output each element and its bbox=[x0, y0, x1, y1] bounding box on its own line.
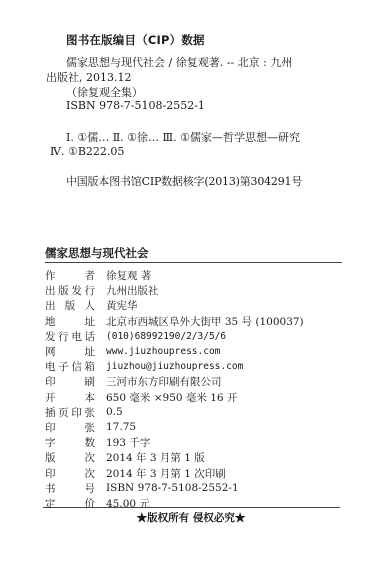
colophon-row: 印刷三河市东方印刷有限公司 bbox=[45, 374, 345, 389]
colophon-row-value: 九州出版社 bbox=[106, 283, 159, 298]
colophon-row-label: 印张 bbox=[45, 420, 95, 435]
label-char: 电 bbox=[45, 359, 56, 374]
colophon-row-label: 出版发行 bbox=[45, 283, 95, 298]
label-char: 张 bbox=[84, 405, 95, 420]
cip-publisher-line: 出版社, 2013.12 bbox=[46, 69, 131, 85]
label-char: 版 bbox=[65, 298, 76, 313]
colophon-row-value: 2014 年 3 月第 1 版 bbox=[106, 450, 205, 465]
bottom-divider bbox=[43, 507, 340, 508]
colophon-row-label: 印次 bbox=[45, 466, 95, 481]
colophon-row: 发行电话(010)68992190/2/3/5/6 bbox=[45, 329, 345, 344]
colophon-row-label: 作者 bbox=[45, 268, 95, 283]
label-char: 发 bbox=[45, 329, 56, 344]
colophon-row: 字数193 千字 bbox=[45, 435, 345, 450]
colophon-row-label: 印刷 bbox=[45, 374, 95, 389]
label-char: 电 bbox=[71, 329, 82, 344]
label-char: 印 bbox=[45, 374, 56, 389]
colophon-row-value: 徐复观 著 bbox=[106, 268, 151, 283]
label-char: 次 bbox=[85, 450, 96, 465]
label-char: 刷 bbox=[85, 374, 96, 389]
label-char: 版 bbox=[58, 283, 69, 298]
colophon-row-label: 定价 bbox=[45, 496, 95, 511]
colophon-row-value: 2014 年 3 月第 1 次印刷 bbox=[106, 466, 226, 481]
label-char: 字 bbox=[45, 435, 56, 450]
colophon-row-value: www.jiuzhoupress.com bbox=[106, 346, 220, 357]
colophon-row-value: ISBN 978-7-5108-2552-1 bbox=[106, 482, 239, 494]
colophon-row: 版次2014 年 3 月第 1 版 bbox=[45, 450, 345, 465]
cip-title-line: 儒家思想与现代社会 / 徐复观著. -- 北京 : 九州 bbox=[66, 54, 292, 70]
label-char: 出 bbox=[45, 283, 56, 298]
label-char: 作 bbox=[45, 268, 56, 283]
colophon-row: 印张17.75 bbox=[45, 420, 345, 435]
colophon-row-label: 电子信箱 bbox=[45, 359, 95, 374]
label-char: 址 bbox=[85, 314, 96, 329]
colophon-row-value: 650 毫米 ×950 毫米 16 开 bbox=[106, 390, 237, 405]
label-char: 开 bbox=[45, 390, 56, 405]
colophon-row: 书号ISBN 978-7-5108-2552-1 bbox=[45, 481, 345, 496]
colophon-row-value: 北京市西城区阜外大街甲 35 号 (100037) bbox=[106, 314, 304, 329]
copyright-notice: ★版权所有 侵权必究★ bbox=[0, 510, 375, 525]
label-char: 号 bbox=[85, 481, 96, 496]
colophon-row-value: jiuzhou@jiuzhoupress.com bbox=[106, 361, 243, 372]
colophon-row: 作者徐复观 著 bbox=[45, 268, 345, 283]
colophon-row: 网址www.jiuzhoupress.com bbox=[45, 344, 345, 359]
label-char: 价 bbox=[85, 496, 96, 511]
label-char: 插 bbox=[45, 405, 56, 420]
label-char: 张 bbox=[85, 420, 96, 435]
colophon-row-value: 193 千字 bbox=[106, 435, 150, 450]
colophon-row: 地址北京市西城区阜外大街甲 35 号 (100037) bbox=[45, 314, 345, 329]
colophon-row-label: 地址 bbox=[45, 314, 95, 329]
label-char: 印 bbox=[45, 466, 56, 481]
colophon-row: 插页印张0.5 bbox=[45, 405, 345, 420]
label-char: 出 bbox=[45, 298, 56, 313]
cip-series: （徐复观全集） bbox=[66, 84, 143, 100]
colophon-row: 定价45.00 元 bbox=[45, 496, 345, 511]
label-char: 版 bbox=[45, 450, 56, 465]
colophon-row-label: 网址 bbox=[45, 344, 95, 359]
colophon-row-value: 三河市东方印刷有限公司 bbox=[106, 374, 222, 389]
label-char: 行 bbox=[58, 329, 69, 344]
colophon-row-label: 书号 bbox=[45, 481, 95, 496]
label-char: 箱 bbox=[84, 359, 95, 374]
label-char: 本 bbox=[85, 390, 96, 405]
colophon-row-value: (010)68992190/2/3/5/6 bbox=[106, 331, 226, 342]
label-char: 书 bbox=[45, 481, 56, 496]
label-char: 话 bbox=[84, 329, 95, 344]
label-char: 印 bbox=[45, 420, 56, 435]
colophon-row-value: 0.5 bbox=[106, 406, 123, 418]
title-divider bbox=[45, 262, 342, 263]
colophon-row: 出版人黄宪华 bbox=[45, 298, 345, 313]
colophon-table: 作者徐复观 著出版发行九州出版社出版人黄宪华地址北京市西城区阜外大街甲 35 号… bbox=[45, 268, 345, 511]
book-title: 儒家思想与现代社会 bbox=[45, 245, 149, 261]
colophon-row: 出版发行九州出版社 bbox=[45, 283, 345, 298]
colophon-row: 开本650 毫米 ×950 毫米 16 开 bbox=[45, 390, 345, 405]
colophon-row-label: 出版人 bbox=[45, 298, 95, 313]
label-char: 印 bbox=[71, 405, 82, 420]
colophon-row-value: 45.00 元 bbox=[106, 496, 150, 511]
cip-isbn: ISBN 978-7-5108-2552-1 bbox=[66, 99, 205, 112]
cip-heading: 图书在版编目（CIP）数据 bbox=[66, 32, 205, 48]
label-char: 信 bbox=[71, 359, 82, 374]
colophon-row-label: 插页印张 bbox=[45, 405, 95, 420]
label-char: 次 bbox=[85, 466, 96, 481]
label-char: 页 bbox=[58, 405, 69, 420]
colophon-row-label: 开本 bbox=[45, 390, 95, 405]
label-char: 人 bbox=[85, 298, 96, 313]
cip-record-number: 中国版本图书馆CIP数据核字(2013)第304291号 bbox=[66, 173, 302, 189]
colophon-row-label: 发行电话 bbox=[45, 329, 95, 344]
colophon-row-label: 版次 bbox=[45, 450, 95, 465]
label-char: 者 bbox=[85, 268, 96, 283]
label-char: 数 bbox=[85, 435, 96, 450]
label-char: 址 bbox=[85, 344, 96, 359]
cip-classification: Ⅰ. ①儒… Ⅱ. ①徐… Ⅲ. ①儒家—哲学思想—研究 bbox=[66, 129, 300, 145]
cip-classification-code: Ⅳ. ①B222.05 bbox=[50, 145, 124, 158]
colophon-row-label: 字数 bbox=[45, 435, 95, 450]
label-char: 定 bbox=[45, 496, 56, 511]
label-char: 网 bbox=[45, 344, 56, 359]
colophon-row: 印次2014 年 3 月第 1 次印刷 bbox=[45, 465, 345, 480]
colophon-row-value: 17.75 bbox=[106, 421, 136, 433]
label-char: 行 bbox=[84, 283, 95, 298]
colophon-row-value: 黄宪华 bbox=[106, 298, 138, 313]
label-char: 发 bbox=[71, 283, 82, 298]
label-char: 地 bbox=[45, 314, 56, 329]
label-char: 子 bbox=[58, 359, 69, 374]
colophon-row: 电子信箱jiuzhou@jiuzhoupress.com bbox=[45, 359, 345, 374]
